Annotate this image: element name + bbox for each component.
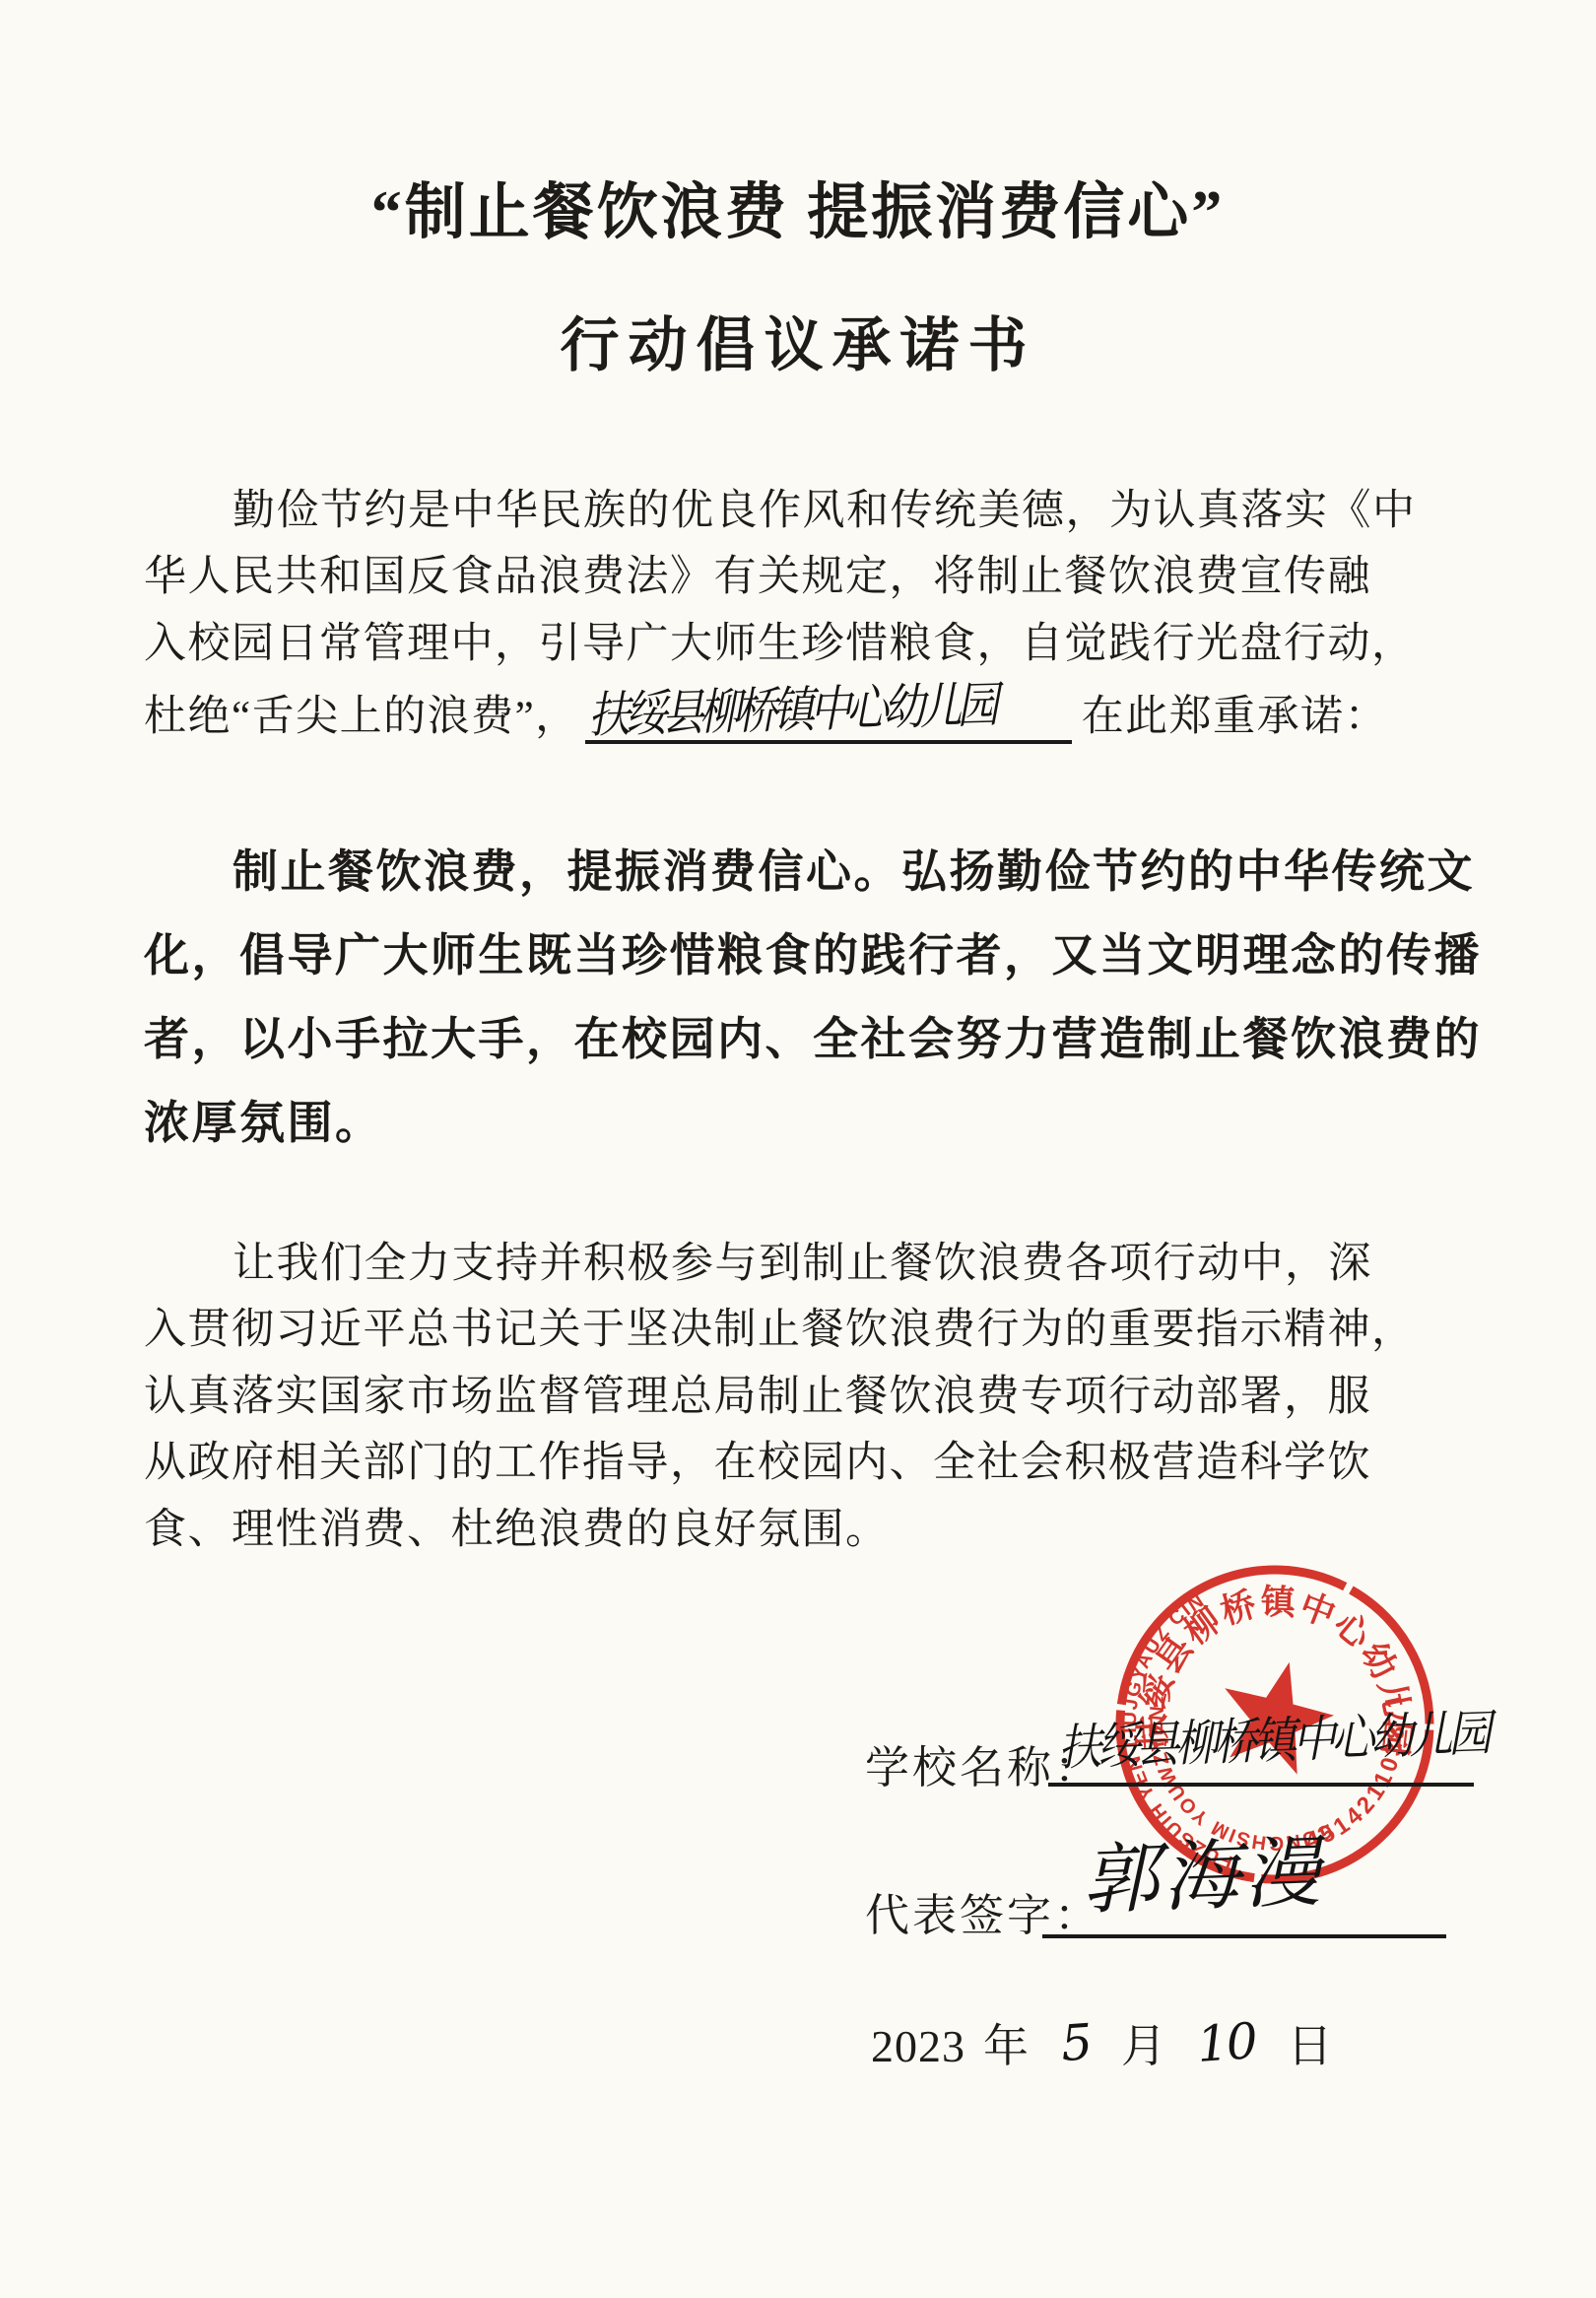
date-line: 2023年5月10日: [871, 2010, 1333, 2075]
paragraph-line: 让我们全力支持并积极参与到制止餐饮浪费各项行动中，深: [144, 1243, 1469, 1309]
handwritten-school-name: 扶绥县柳桥镇中心幼儿园: [1057, 1694, 1489, 1780]
handwritten-day-value: 10: [1195, 2012, 1258, 2073]
paragraph-line: 从政府相关部门的工作指导，在校园内、全社会积极营造科学饮: [144, 1442, 1469, 1508]
line-text-before: 杜绝“舌尖上的浪费”，: [144, 694, 579, 740]
date-year: 2023: [871, 2020, 965, 2072]
scanned-commitment-letter: “制止餐饮浪费 提振消费信心” 行动倡议承诺书 勤俭节约是中华民族的优良作风和传…: [0, 0, 1596, 2298]
school-name-underline: [1048, 1783, 1474, 1787]
paragraph-line-with-handwriting: 杜绝“舌尖上的浪费”，扶绥县柳桥镇中心幼儿园在此郑重承诺：: [144, 689, 1469, 755]
paragraph-line: 认真落实国家市场监督管理总局制止餐饮浪费专项行动部署，服: [144, 1376, 1469, 1442]
paragraph-line: 制止餐饮浪费，提振消费信心。弘扬勤俭节约的中华传统文: [144, 848, 1469, 932]
document-title-line2: 行动倡议承诺书: [0, 299, 1596, 383]
paragraph-intro: 勤俭节约是中华民族的优良作风和传统美德，为认真落实《中 华人民共和国反食品浪费法…: [144, 490, 1469, 756]
line-text-after: 在此郑重承诺：: [1082, 694, 1389, 740]
date-month-char: 月: [1121, 2010, 1167, 2075]
paragraph-line: 入校园日常管理中，引导广大师生珍惜粮食，自觉践行光盘行动，: [144, 623, 1469, 689]
paragraph-line: 勤俭节约是中华民族的优良作风和传统美德，为认真落实《中: [144, 490, 1469, 556]
paragraph-line: 华人民共和国反食品浪费法》有关规定，将制止餐饮浪费宣传融: [144, 556, 1469, 622]
paragraph-line: 入贯彻习近平总书记关于坚决制止餐饮浪费行为的重要指示精神，: [144, 1309, 1469, 1375]
date-year-char: 年: [983, 2010, 1030, 2075]
document-title-line1: “制止餐饮浪费 提振消费信心”: [0, 163, 1596, 250]
handwritten-month-value: 5: [1059, 2013, 1096, 2072]
paragraph-action: 让我们全力支持并积极参与到制止餐饮浪费各项行动中，深 入贯彻习近平总书记关于坚决…: [144, 1243, 1469, 1575]
paragraph-pledge-bold: 制止餐饮浪费，提振消费信心。弘扬勤俭节约的中华传统文 化，倡导广大师生既当珍惜粮…: [144, 848, 1469, 1183]
handwritten-signature: 郭海漫: [1080, 1810, 1326, 1929]
date-day-char: 日: [1287, 2010, 1333, 2075]
signature-underline: [1042, 1934, 1446, 1938]
paragraph-line: 浓厚氛围。: [144, 1100, 1469, 1183]
paragraph-line: 化，倡导广大师生既当珍惜粮食的践行者，又当文明理念的传播: [144, 932, 1469, 1016]
inline-fill-in-underline: 扶绥县柳桥镇中心幼儿园: [585, 689, 1072, 744]
paragraph-line: 者，以小手拉大手，在校园内、全社会努力营造制止餐饮浪费的: [144, 1016, 1469, 1100]
handwritten-school-name-inline: 扶绥县柳桥镇中心幼儿园: [587, 680, 994, 740]
